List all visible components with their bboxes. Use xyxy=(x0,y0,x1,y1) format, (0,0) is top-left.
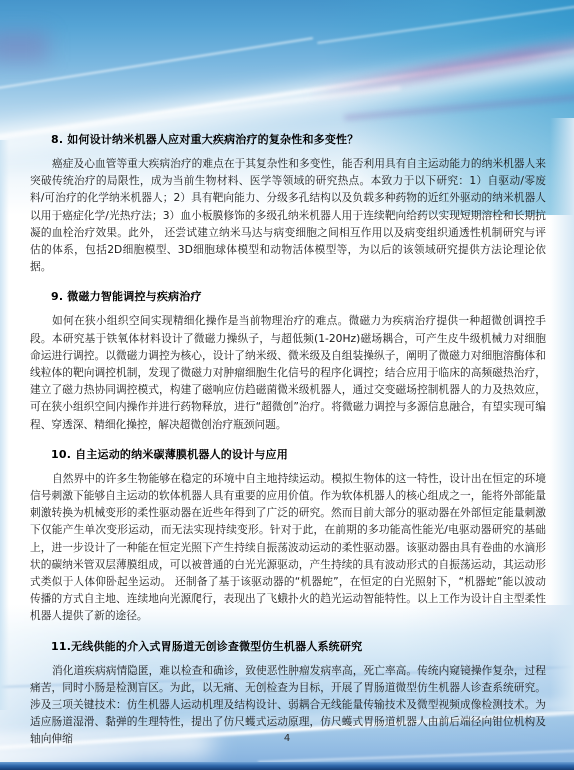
purple-streak-main xyxy=(305,33,574,101)
footer-dark-bar xyxy=(0,762,574,770)
section-10: 10. 自主运动的纳米碳薄膜机器人的设计与应用 自然界中的许多生物能够在稳定的环… xyxy=(30,446,546,625)
document-body: 8. 如何设计纳米机器人应对重大疾病治疗的复杂性和多变性？ 癌症及心血管等重大疾… xyxy=(30,131,546,761)
section-9-heading: 9. 微磁力智能调控与疾病治疗 xyxy=(30,288,546,305)
white-streak-upper xyxy=(0,37,314,93)
section-11: 11.无线供能的介入式胃肠道无创诊查微型仿生机器人系统研究 消化道疾病病情隐匿，… xyxy=(30,638,546,748)
purple-streak-thin xyxy=(345,93,574,120)
section-11-heading: 11.无线供能的介入式胃肠道无创诊查微型仿生机器人系统研究 xyxy=(30,638,546,655)
section-10-heading: 10. 自主运动的纳米碳薄膜机器人的设计与应用 xyxy=(30,446,546,463)
right-edge-strip xyxy=(550,118,574,710)
section-10-paragraph: 自然界中的许多生物能够在稳定的环境中自主地持续运动。模拟生物体的这一特性，设计出… xyxy=(30,470,546,625)
section-8: 8. 如何设计纳米机器人应对重大疾病治疗的复杂性和多变性？ 癌症及心血管等重大疾… xyxy=(30,131,546,275)
section-8-heading: 8. 如何设计纳米机器人应对重大疾病治疗的复杂性和多变性？ xyxy=(30,131,546,148)
document-page: 8. 如何设计纳米机器人应对重大疾病治疗的复杂性和多变性？ 癌症及心血管等重大疾… xyxy=(0,0,574,770)
section-8-paragraph: 癌症及心血管等重大疾病治疗的难点在于其复杂性和多变性，能否利用具有自主运动能力的… xyxy=(30,155,546,275)
purple-tint-left xyxy=(0,32,48,62)
page-number: 4 xyxy=(0,733,574,744)
section-9: 9. 微磁力智能调控与疾病治疗 如何在狭小组织空间实现精细化操作是当前物理治疗的… xyxy=(30,288,546,432)
white-streak-right xyxy=(317,2,574,44)
left-edge-strip xyxy=(0,140,9,710)
section-9-paragraph: 如何在狭小组织空间实现精细化操作是当前物理治疗的难点。微磁力为疾病治疗提供一种超… xyxy=(30,312,546,432)
